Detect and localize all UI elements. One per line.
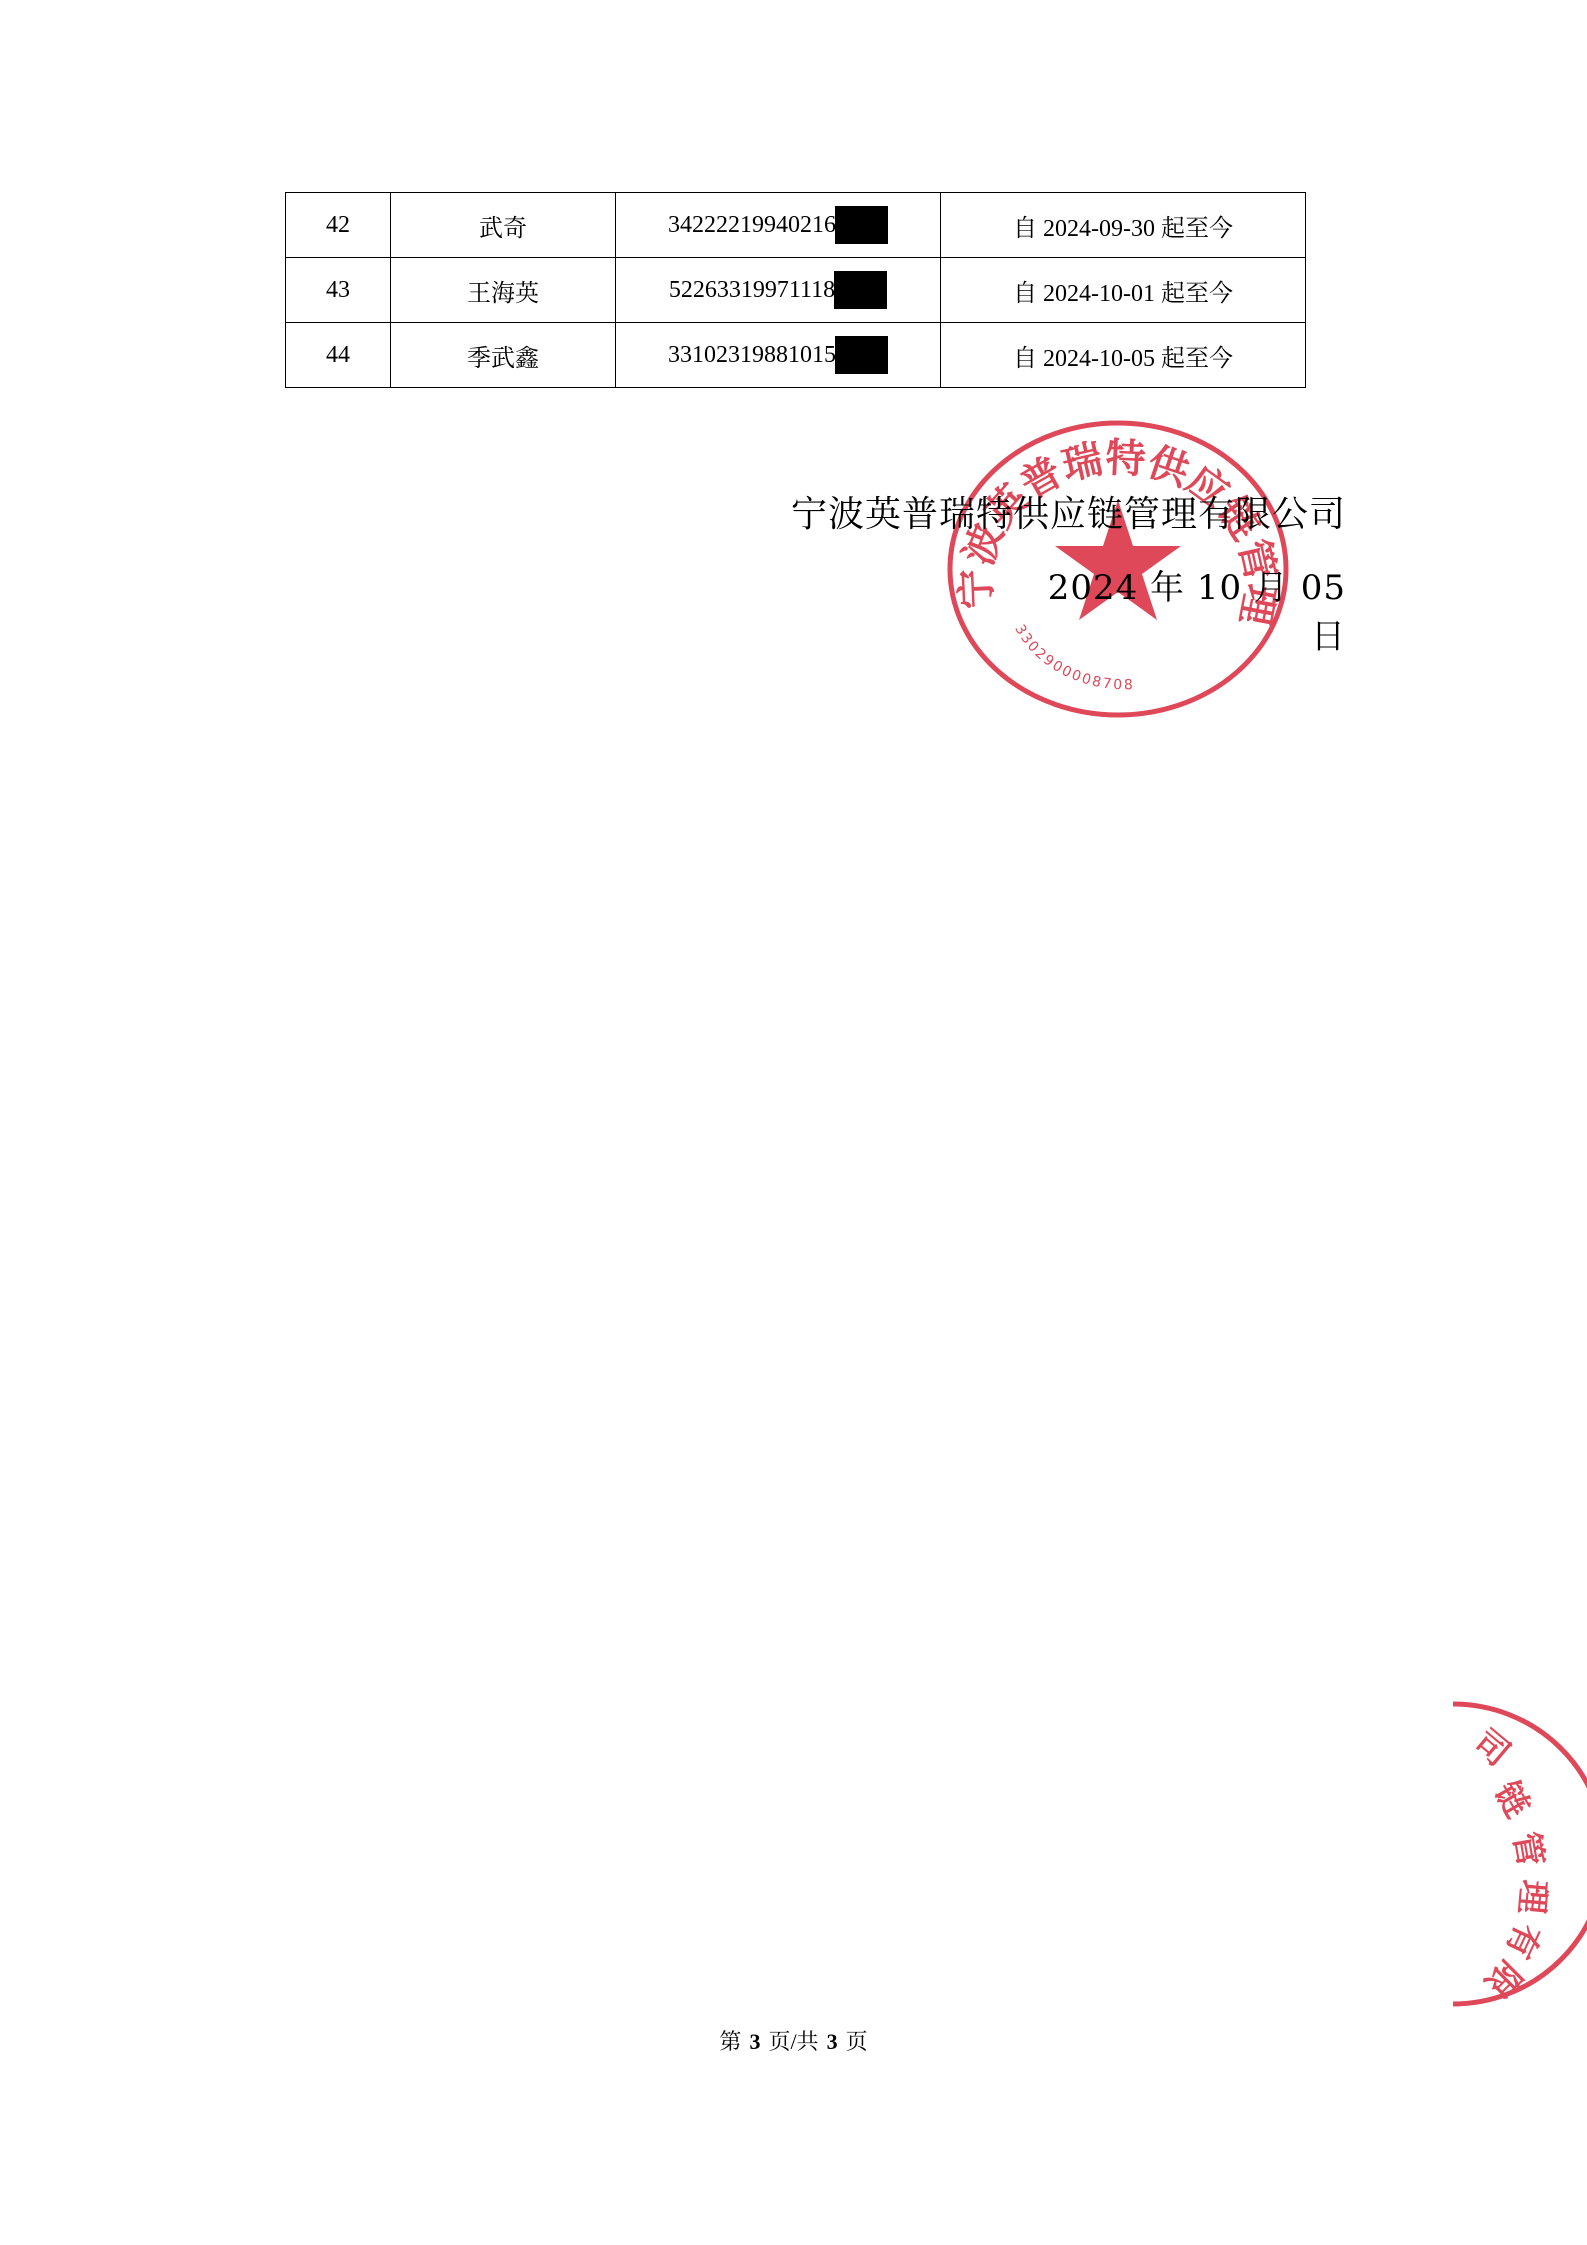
svg-text:链: 链: [1486, 1775, 1538, 1824]
company-signature: 宁波英普瑞特供应链管理有限公司: [791, 486, 1346, 537]
person-name: 季武鑫: [391, 323, 616, 388]
svg-text:理: 理: [1511, 1878, 1554, 1915]
page-total: 3: [827, 2029, 838, 2054]
footer-suffix: 页: [846, 2029, 868, 2054]
id-number: 34222219940216: [668, 212, 836, 238]
id-number-cell: 34222219940216: [616, 193, 941, 258]
row-number: 43: [286, 258, 391, 323]
page-number: 3: [749, 2029, 760, 2054]
employment-period: 自 2024-09-30 起至今: [941, 193, 1306, 258]
svg-text:限: 限: [1477, 1952, 1529, 2004]
table-row: 43 王海英 52263319971118 自 2024-10-01 起至今: [286, 258, 1306, 323]
employment-period: 自 2024-10-01 起至今: [941, 258, 1306, 323]
id-number: 33102319881015: [668, 342, 836, 368]
id-number-cell: 52263319971118: [616, 258, 941, 323]
table-row: 42 武奇 34222219940216 自 2024-09-30 起至今: [286, 193, 1306, 258]
partial-seal-icon: 司 链 管 理 有 限: [1453, 1696, 1587, 2012]
employment-period: 自 2024-10-05 起至今: [941, 323, 1306, 388]
footer-prefix: 第: [719, 2029, 741, 2054]
table-row: 44 季武鑫 33102319881015 自 2024-10-05 起至今: [286, 323, 1306, 388]
page-footer: 第3页/共3页: [0, 2025, 1587, 2056]
person-name: 武奇: [391, 193, 616, 258]
redaction-box: [835, 206, 888, 244]
svg-text:有: 有: [1497, 1917, 1548, 1965]
svg-text:司: 司: [1466, 1722, 1518, 1774]
redaction-box: [834, 271, 887, 309]
person-name: 王海英: [391, 258, 616, 323]
signature-date: 2024 年 10 月 05 日: [1030, 560, 1346, 658]
id-number: 52263319971118: [669, 277, 835, 303]
staff-table: 42 武奇 34222219940216 自 2024-09-30 起至今 43…: [285, 192, 1306, 388]
footer-middle: 页/共: [768, 2029, 818, 2054]
row-number: 44: [286, 323, 391, 388]
redaction-box: [835, 336, 888, 374]
svg-text:管: 管: [1505, 1829, 1550, 1869]
id-number-cell: 33102319881015: [616, 323, 941, 388]
row-number: 42: [286, 193, 391, 258]
